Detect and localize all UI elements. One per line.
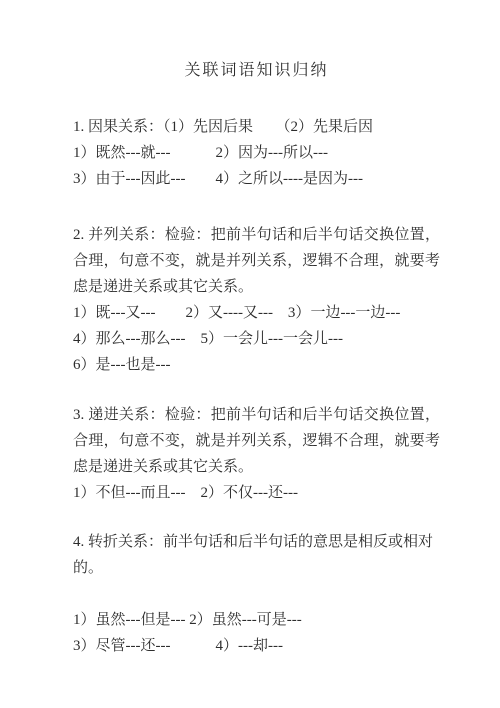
section-items: 1）既---又--- 2）又----又--- 3）一边---一边--- 4）那么…: [73, 300, 440, 378]
section-heading: 2. 并列关系：检验：把前半句话和后半句话交换位置，合理，句意不变，就是并列关系…: [73, 222, 440, 300]
text-line: 1）既然---就--- 2）因为---所以---: [73, 140, 440, 166]
section-coordinate-relation: 2. 并列关系：检验：把前半句话和后半句话交换位置，合理，句意不变，就是并列关系…: [73, 222, 440, 378]
section-heading: 3. 递进关系：检验：把前半句话和后半句话交换位置，合理，句意不变，就是并列关系…: [73, 402, 440, 480]
section-adversative-relation: 4. 转折关系：前半句话和后半句话的意思是相反或相对的。 1）虽然---但是--…: [73, 529, 440, 659]
text-line: 3）尽管---还--- 4）---却---: [73, 633, 440, 659]
text-line: 1）不但---而且--- 2）不仅---还---: [73, 480, 440, 506]
section-items: 1）不但---而且--- 2）不仅---还---: [73, 480, 440, 506]
section-progressive-relation: 3. 递进关系：检验：把前半句话和后半句话交换位置，合理，句意不变，就是并列关系…: [73, 402, 440, 506]
text-line: 1）既---又--- 2）又----又--- 3）一边---一边---: [73, 300, 440, 326]
section-items: 1）既然---就--- 2）因为---所以--- 3）由于---因此--- 4）…: [73, 140, 440, 192]
text-line: 1）虽然---但是--- 2）虽然---可是---: [73, 607, 440, 633]
page-title: 关联词语知识归纳: [73, 58, 440, 84]
section-heading: 4. 转折关系：前半句话和后半句话的意思是相反或相对的。: [73, 529, 440, 581]
section-heading: 1. 因果关系：（1）先因后果 （2）先果后因: [73, 114, 440, 140]
text-line: 6）是---也是---: [73, 352, 440, 378]
section-items: 1）虽然---但是--- 2）虽然---可是--- 3）尽管---还--- 4）…: [73, 607, 440, 659]
text-line: 3）由于---因此--- 4）之所以----是因为---: [73, 166, 440, 192]
text-line: 4）那么---那么--- 5）一会儿---一会儿---: [73, 326, 440, 352]
section-causal-relation: 1. 因果关系：（1）先因后果 （2）先果后因 1）既然---就--- 2）因为…: [73, 114, 440, 192]
document-page: 关联词语知识归纳 1. 因果关系：（1）先因后果 （2）先果后因 1）既然---…: [0, 0, 500, 708]
